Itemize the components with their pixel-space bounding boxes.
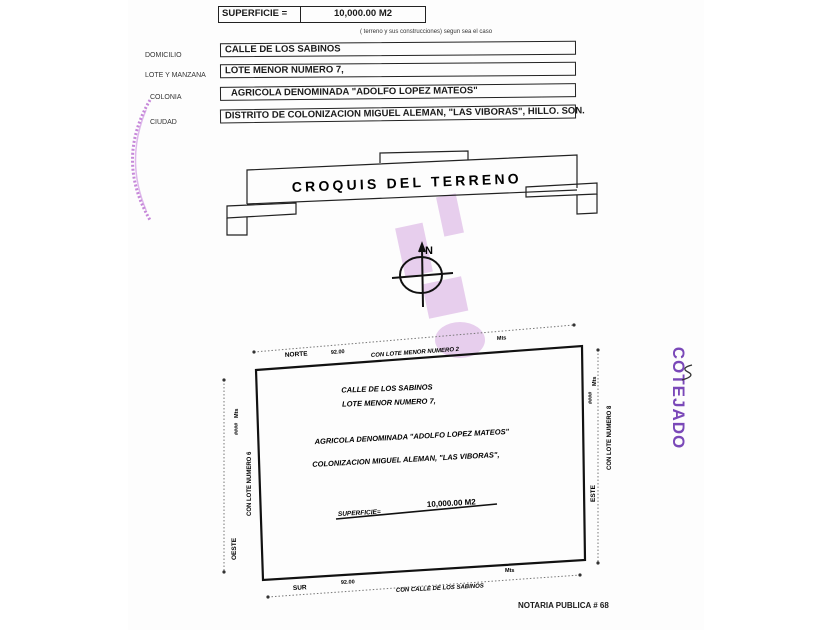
land-sketch: N NORTE 92.00 Mts CON LOTE MENOR NUMERO … xyxy=(0,0,840,630)
compass-north-label: N xyxy=(425,245,433,257)
south-direction: SUR xyxy=(293,584,307,592)
north-unit: Mts xyxy=(497,335,507,342)
west-length: #### xyxy=(234,423,240,435)
north-direction: NORTE xyxy=(285,350,309,359)
east-unit: Mts xyxy=(592,377,598,386)
signature-squiggle-icon xyxy=(678,362,698,386)
inner-line-4: COLONIZACION MIGUEL ALEMAN, "LAS VIBORAS… xyxy=(312,450,500,469)
west-direction: OESTE xyxy=(231,537,238,560)
north-length: 92.00 xyxy=(331,349,345,356)
east-boundary: CON LOTE NUMERO 8 xyxy=(607,405,613,470)
west-boundary: CON LOTE NUMERO 6 xyxy=(247,451,253,516)
cotejado-stamp: COTEJADO xyxy=(668,338,688,458)
north-compass-icon xyxy=(392,244,453,307)
east-length: #### xyxy=(588,392,594,404)
inner-line-2: LOTE MENOR NUMERO 7, xyxy=(342,396,436,408)
north-boundary: CON LOTE MENOR NUMERO 2 xyxy=(371,347,460,359)
south-unit: Mts xyxy=(505,568,514,574)
inner-line-3: AGRICOLA DENOMINADA "ADOLFO LOPEZ MATEOS… xyxy=(313,427,509,446)
south-boundary: CON CALLE DE LOS SABINOS xyxy=(396,583,484,594)
west-unit: Mts xyxy=(234,409,240,418)
east-direction: ESTE xyxy=(590,484,597,502)
inner-line-1: CALLE DE LOS SABINOS xyxy=(341,382,433,394)
south-length: 92.00 xyxy=(341,579,355,586)
notaria-footer: NOTARIA PUBLICA # 68 xyxy=(518,601,609,610)
